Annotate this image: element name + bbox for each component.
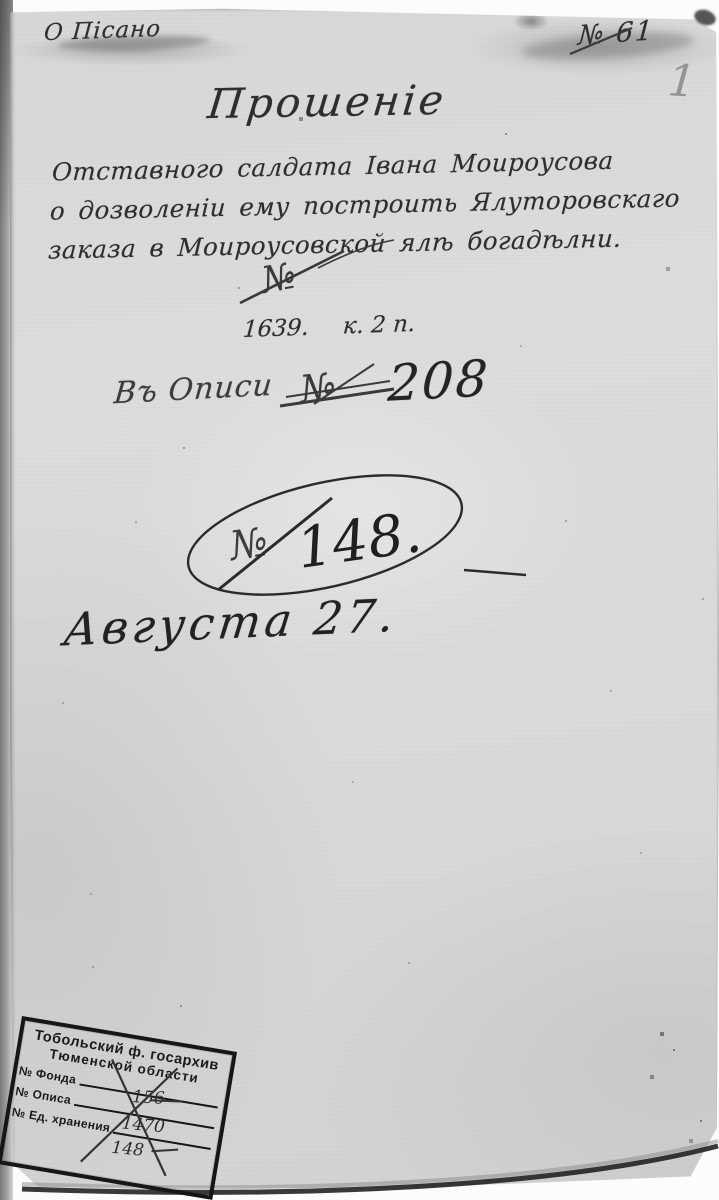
paper-specks	[0, 0, 2, 2]
scanned-document-page: О Пісано № 61 1 Прошеніе Отставного салд…	[0, 0, 719, 1200]
dash-stroke-1	[150, 1096, 182, 1105]
series-crossed-number-symbol: №	[298, 364, 338, 412]
crossed-number-symbol: №	[259, 255, 300, 301]
top-left-note: О Пісано	[43, 16, 162, 46]
folio-number: 1	[666, 55, 697, 108]
gap	[308, 334, 342, 335]
petition-body: Отставного салдата Івана Моироусова о до…	[47, 139, 683, 269]
corner-number: № 61	[577, 15, 655, 52]
cross-stroke-2	[81, 1055, 178, 1175]
year-number: 1639.	[242, 315, 310, 343]
series-number: 208	[387, 349, 491, 413]
year-note: к. 2 п.	[342, 311, 416, 340]
page-title: Прошеніе	[205, 76, 448, 128]
